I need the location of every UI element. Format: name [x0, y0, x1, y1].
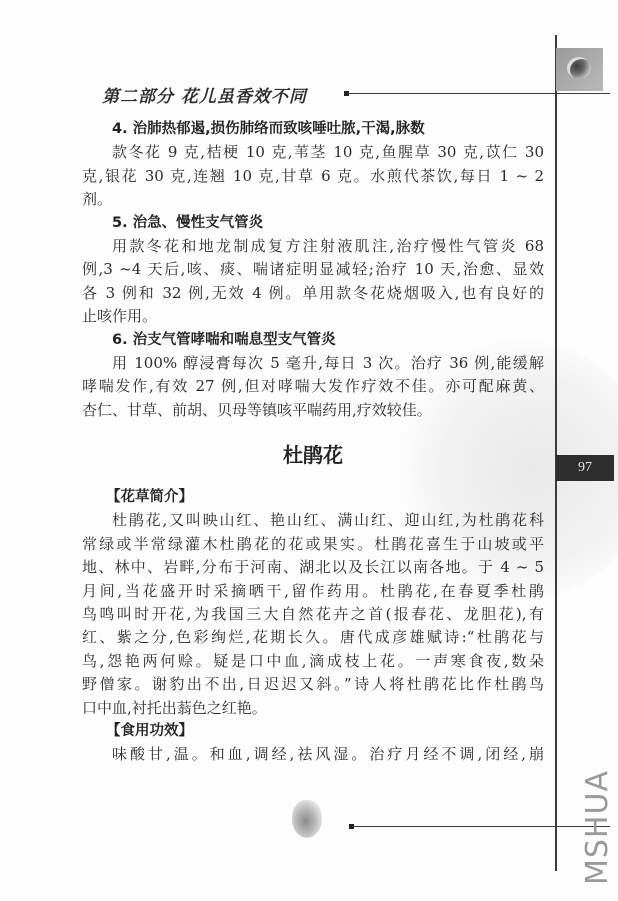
swirl-ornament-icon — [567, 57, 591, 79]
paragraph-line: 款冬花 9 克,桔梗 10 克,苇茎 10 克,鱼腥草 30 克,苡仁 30 — [82, 141, 544, 164]
paragraph-line: 味酸甘,温。和血,调经,祛风湿。治疗月经不调,闭经,崩 — [82, 743, 544, 766]
effect-heading: 【食用功效】 — [82, 720, 544, 743]
page-body: 4. 治肺热郁遏,损伤肺络而致咳唾吐脓,干渴,脉数 款冬花 9 克,桔梗 10 … — [82, 118, 544, 767]
paragraph-line: 月间,当花盛开时采摘晒干,留作药用。杜鹃花,在春夏季杜鹃 — [82, 580, 544, 603]
paragraph-line: 杜鹃花,又叫映山红、艳山红、满山红、迎山红,为杜鹃花科 — [82, 509, 544, 532]
corner-ornament — [556, 48, 603, 91]
watermark: MSHUA — [580, 775, 616, 885]
item-heading-5: 5. 治急、慢性支气管炎 — [82, 212, 544, 235]
header-rule — [348, 93, 610, 94]
paragraph-line: 野僧家。谢豹出不出,日迟迟又斜。”诗人将杜鹃花比作杜鹃鸟 — [82, 673, 544, 696]
paragraph-line: 口中血,衬托出蓊色之红艳。 — [82, 697, 544, 720]
paragraph-line: 例,3 ~4 天后,咳、痰、喘诸症明显减轻;治疗 10 天,治愈、显效 — [82, 258, 544, 281]
paragraph-line: 剂。 — [82, 188, 544, 211]
item-heading-4: 4. 治肺热郁遏,损伤肺络而致咳唾吐脓,干渴,脉数 — [82, 118, 544, 141]
paragraph-line: 鸟鸣叫时开花,为我国三大自然花卉之首(报春花、龙胆花),有 — [82, 603, 544, 626]
item-heading-6: 6. 治支气管哮喘和喘息型支气管炎 — [82, 329, 544, 352]
paragraph-line: 哮喘发作,有效 27 例,但对哮喘大发作疗效不佳。亦可配麻黄、 — [82, 375, 544, 398]
paragraph-line: 各 3 例和 32 例,无效 4 例。单用款冬花烧烟吸入,也有良好的 — [82, 282, 544, 305]
paragraph-line: 地、林中、岩畔,分布于河南、湖北以及长江以南各地。于 4 ~ 5 — [82, 556, 544, 579]
paragraph-line: 红、紫之分,色彩绚烂,花期长久。唐代成彦雄赋诗:“杜鹃花与 — [82, 626, 544, 649]
margin-vertical-rule — [555, 35, 557, 871]
footer-flower-ornament-icon — [292, 800, 322, 838]
paragraph-line: 鸟,怨艳两何赊。疑是口中血,滴成枝上花。一声寒食夜,数朵 — [82, 650, 544, 673]
running-header: 第二部分 花儿虽香效不同 — [102, 82, 307, 107]
paragraph-line: 用款冬花和地龙制成复方注射液肌注,治疗慢性气管炎 68 — [82, 235, 544, 258]
footer-rule — [352, 826, 610, 827]
paragraph-line: 常绿或半常绿灌木杜鹃花的花或果实。杜鹃花喜生于山坡或平 — [82, 533, 544, 556]
paragraph-line: 杏仁、甘草、前胡、贝母等镇咳平喘药用,疗效较佳。 — [82, 399, 544, 422]
section-title: 杜鹃花 — [82, 422, 544, 486]
page-number: 97 — [556, 455, 614, 481]
paragraph-line: 止咳作用。 — [82, 305, 544, 328]
paragraph-line: 用 100% 醇浸膏每次 5 毫升,每日 3 次。治疗 36 例,能缓解 — [82, 352, 544, 375]
intro-heading: 【花草简介】 — [82, 486, 544, 509]
paragraph-line: 克,银花 30 克,连翘 10 克,甘草 6 克。水煎代茶饮,每日 1 ~ 2 — [82, 165, 544, 188]
